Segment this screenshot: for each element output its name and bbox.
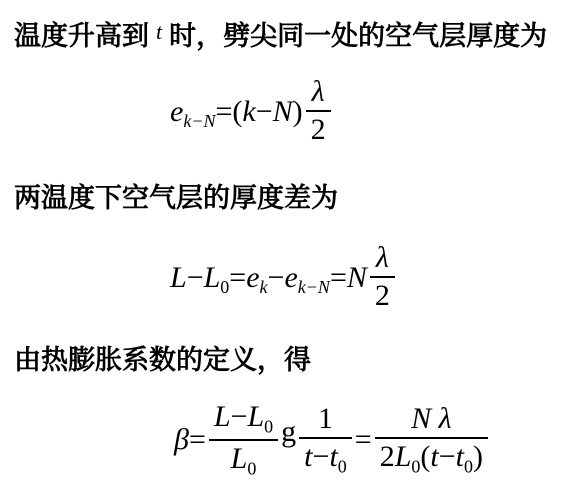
formula-thickness-difference: L−L0=ek−ek−N=Nλ2: [170, 246, 564, 314]
math-token: N: [273, 95, 293, 128]
math-token: −: [187, 260, 204, 293]
math-token: k−N: [298, 277, 330, 297]
math-token: k: [260, 277, 268, 297]
fraction: λ2: [370, 243, 395, 311]
paragraph-1-prefix: 温度升高到: [14, 21, 149, 52]
math-token: L: [395, 440, 412, 473]
math-token: 2: [380, 440, 395, 473]
math-token: =: [215, 95, 232, 128]
fraction: N λ2L0(t−t0): [375, 404, 488, 475]
math-token: (: [420, 440, 430, 473]
math-token: L: [247, 400, 264, 433]
math-token: −: [268, 260, 285, 293]
paragraph-1-suffix: 时，劈尖同一处的空气层厚度为: [169, 21, 547, 52]
formula-expansion-coefficient: β=L−L0L0g1t−t0=N λ2L0(t−t0): [174, 405, 564, 480]
math-token: 2: [375, 279, 390, 312]
math-token: L: [170, 260, 187, 293]
math-token: 2: [311, 113, 326, 146]
math-token: e: [246, 260, 259, 293]
math-token: =: [189, 423, 206, 456]
math-token: =: [229, 260, 246, 293]
math-token: λ: [312, 75, 325, 108]
document-page: 温度升高到t时，劈尖同一处的空气层厚度为 ek−N=(k−N)λ2 两温度下空气…: [0, 0, 564, 496]
math-token: N: [347, 260, 367, 293]
math-token: −: [256, 95, 273, 128]
math-token: λ: [376, 241, 389, 274]
math-token: t: [430, 440, 438, 473]
paragraph-temperature-rise: 温度升高到t时，劈尖同一处的空气层厚度为: [0, 0, 564, 54]
math-token: 0: [338, 456, 347, 476]
math-token: =: [355, 423, 372, 456]
math-token: e: [284, 260, 297, 293]
formula-air-layer-thickness: ek−N=(k−N)λ2: [170, 80, 564, 148]
math-token: (: [232, 95, 242, 128]
fraction: 1t−t0: [299, 404, 352, 475]
inline-variable-t: t: [156, 19, 162, 44]
math-token: t: [329, 440, 337, 473]
math-token: e: [170, 95, 183, 128]
math-token: L: [204, 260, 221, 293]
math-token: ): [473, 440, 483, 473]
math-token: 0: [411, 456, 420, 476]
fraction: L−L0L0: [209, 402, 278, 477]
math-token: −: [231, 400, 248, 433]
math-token: N λ: [411, 402, 452, 435]
paragraph-expansion-coefficient-definition: 由热膨胀系数的定义，得: [0, 314, 564, 378]
math-token: k−N: [183, 111, 215, 131]
math-token: =: [330, 260, 347, 293]
math-token: β: [174, 423, 189, 456]
math-token: ): [293, 95, 303, 128]
math-token: 0: [264, 417, 273, 437]
math-token: L: [214, 400, 231, 433]
math-token: g: [281, 415, 296, 448]
math-token: 0: [220, 277, 229, 297]
math-token: 0: [464, 456, 473, 476]
math-token: 0: [247, 458, 256, 478]
math-token: 1: [318, 402, 333, 435]
math-token: L: [231, 442, 248, 475]
math-token: −: [439, 440, 456, 473]
math-token: −: [313, 440, 330, 473]
fraction: λ2: [306, 77, 331, 145]
math-token: k: [242, 95, 255, 128]
paragraph-thickness-difference: 两温度下空气层的厚度差为: [0, 148, 564, 216]
